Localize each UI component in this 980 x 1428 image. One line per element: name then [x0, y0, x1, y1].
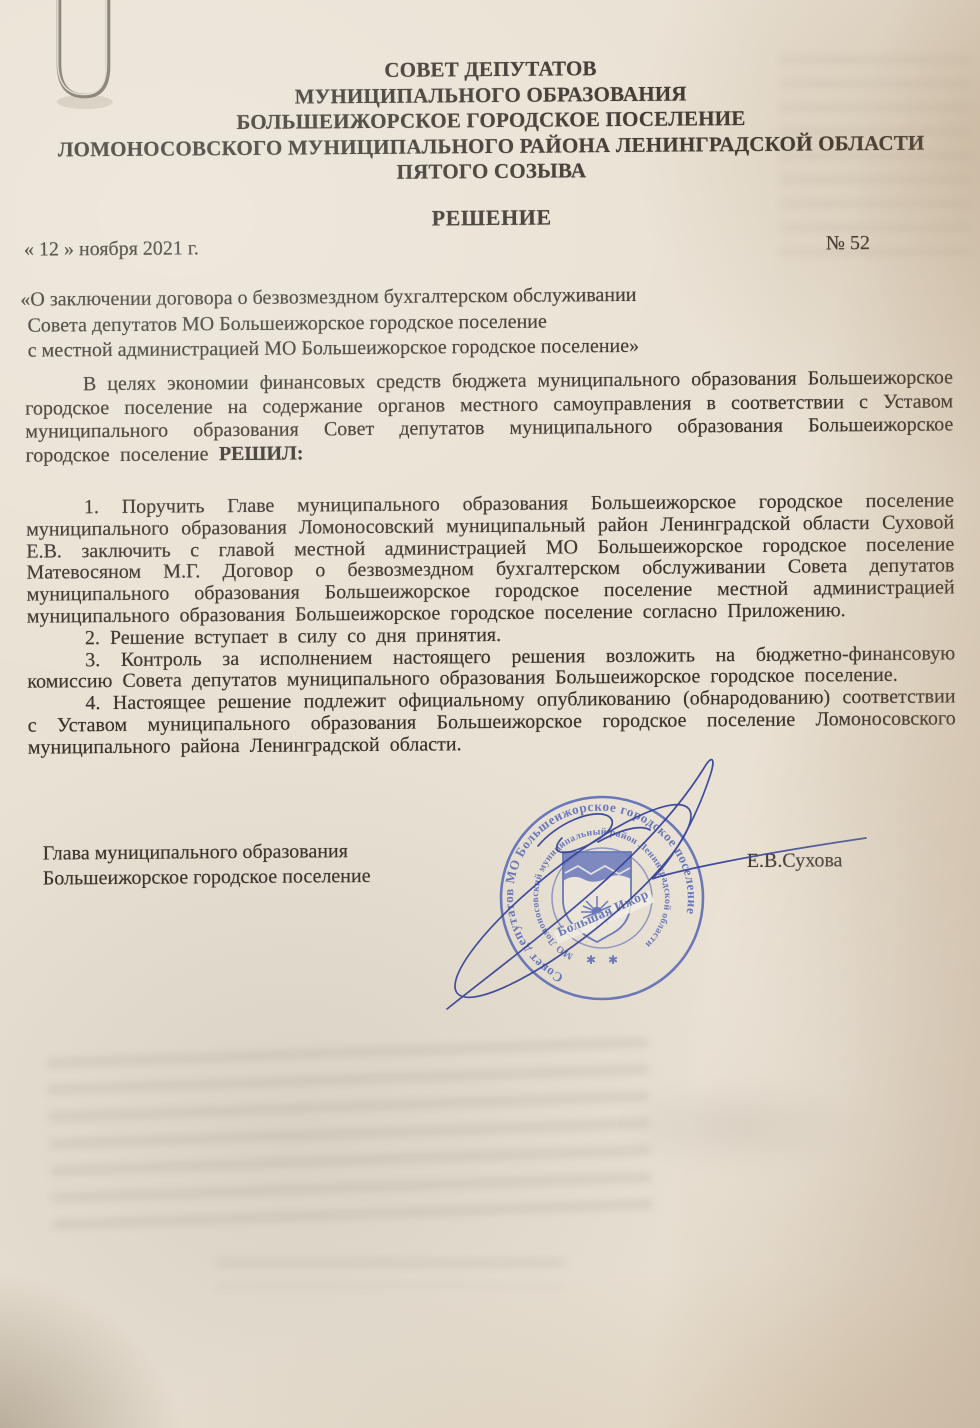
document-header: СОВЕТ ДЕПУТАТОВ МУНИЦИПАЛЬНОГО ОБРАЗОВАН…: [0, 53, 980, 188]
resolve-word: РЕШИЛ:: [219, 442, 304, 465]
decision-document: СОВЕТ ДЕПУТАТОВ МУНИЦИПАЛЬНОГО ОБРАЗОВАН…: [0, 0, 980, 1428]
signatory-title-line: Большеижорское городское поселение: [43, 864, 371, 892]
paperclip: [40, 0, 130, 125]
preamble-text: В целях экономии финансовых средств бюдж…: [25, 366, 953, 466]
document-subject: «О заключении договора о безвозмездном б…: [20, 281, 823, 364]
date-number-row: « 12 » ноября 2021 г. № 52: [24, 231, 952, 261]
photographed-document-page: СОВЕТ ДЕПУТАТОВ МУНИЦИПАЛЬНОГО ОБРАЗОВАН…: [0, 0, 980, 1428]
item-paragraph-1: 1. Поручить Главе муниципального образов…: [26, 490, 955, 628]
doc-type-heading: РЕШЕНИЕ: [2, 201, 980, 235]
signatory-title-line: Глава муниципального образования: [43, 839, 371, 867]
document-number: № 52: [826, 232, 870, 255]
signatory-title: Глава муниципального образования Большеи…: [43, 839, 371, 892]
resolution-items: 1. Поручить Главе муниципального образов…: [26, 490, 956, 759]
preamble-paragraph: В целях экономии финансовых средств бюдж…: [25, 366, 954, 467]
document-date: « 12 » ноября 2021 г.: [24, 237, 199, 261]
subject-line: с местной администрацией МО Большеижорск…: [21, 332, 823, 364]
signature-ink: [395, 730, 885, 1030]
